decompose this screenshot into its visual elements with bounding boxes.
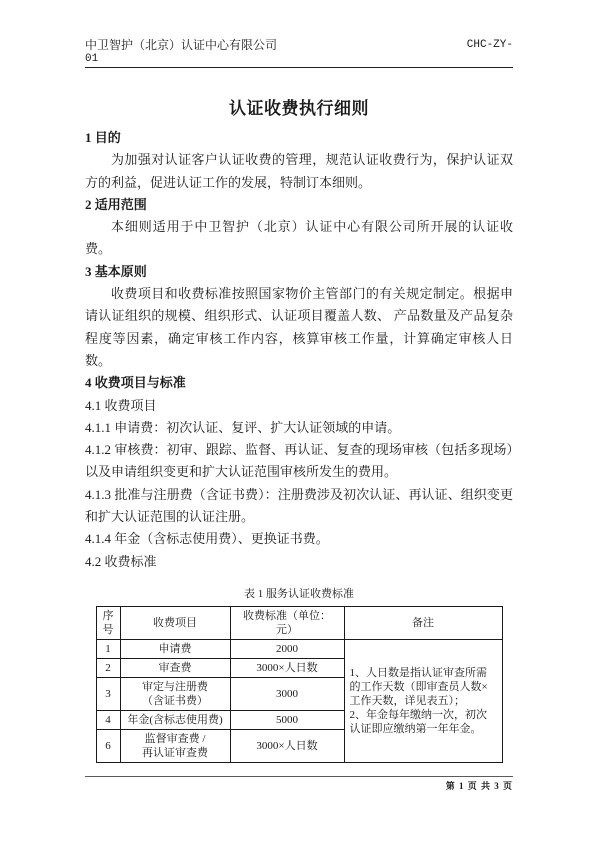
col-header-item: 收费项目 <box>120 606 230 639</box>
clause-audit-fee: 4.1.2 审核费：初审、跟踪、监督、再认证、复查的现场审核（包括多现场）以及申… <box>85 439 513 484</box>
table-caption: 表 1 服务认证收费标准 <box>85 585 513 601</box>
doc-code-continuation: 01 <box>85 52 513 66</box>
section-heading-fees: 4 收费项目与标准 <box>85 372 513 394</box>
header-row: 中卫智护（北京）认证中心有限公司 CHC-ZY- <box>85 38 513 52</box>
page-footer: 第 1 页 共 3 页 <box>85 776 513 792</box>
clause-application-fee: 4.1.1 申请费：初次认证、复评、扩大认证领域的申请。 <box>85 417 513 439</box>
col-header-standard: 收费标准（单位： 元） <box>230 606 344 639</box>
cell-number: 6 <box>96 729 120 762</box>
cell-fee: 2000 <box>230 639 344 658</box>
cell-item: 申请费 <box>120 639 230 658</box>
cell-item: 审定与注册费 （含证书费） <box>120 677 230 710</box>
cell-number: 4 <box>96 710 120 729</box>
cell-remark: 1、人日数是指认证审查所需的工作天数（即审查员人数×工作天数，详见表五）； 2、… <box>344 639 502 762</box>
fee-table: 序 号 收费项目 收费标准（单位： 元） 备注 1 申请费 2000 1、人日数… <box>96 606 503 763</box>
cell-item: 监督审查费 / 再认证审查费 <box>120 729 230 762</box>
cell-fee: 3000 <box>230 677 344 710</box>
document-title: 认证收费执行细则 <box>85 94 513 119</box>
document-page: 中卫智护（北京）认证中心有限公司 CHC-ZY- 01 认证收费执行细则 1 目… <box>0 0 595 842</box>
paragraph-principles: 收费项目和收费标准按照国家物价主管部门的有关规定制定。根据申请认证组织的规模、组… <box>85 283 513 372</box>
section-heading-purpose: 1 目的 <box>85 127 513 149</box>
col-header-remark: 备注 <box>344 606 502 639</box>
cell-number: 2 <box>96 658 120 677</box>
cell-fee: 3000×人日数 <box>230 729 344 762</box>
cell-item: 年金(含标志使用费) <box>120 710 230 729</box>
col-header-number: 序 号 <box>96 606 120 639</box>
cell-item: 审查费 <box>120 658 230 677</box>
table-header-row: 序 号 收费项目 收费标准（单位： 元） 备注 <box>96 606 502 639</box>
subsection-fee-items: 4.1 收费项目 <box>85 395 513 417</box>
paragraph-scope: 本细则适用于中卫智护（北京）认证中心有限公司所开展的认证收费。 <box>85 216 513 261</box>
clause-registration-fee: 4.1.3 批准与注册费（含证书费）：注册费涉及初次认证、再认证、组织变更和扩大… <box>85 484 513 529</box>
page-header: 中卫智护（北京）认证中心有限公司 CHC-ZY- 01 <box>85 38 513 68</box>
cell-fee: 3000×人日数 <box>230 658 344 677</box>
section-heading-scope: 2 适用范围 <box>85 194 513 216</box>
paragraph-purpose: 为加强对认证客户认证收费的管理，规范认证收费行为，保护认证双方的利益，促进认证工… <box>85 149 513 194</box>
doc-code: CHC-ZY- <box>467 38 513 52</box>
page-number: 第 1 页 共 3 页 <box>85 777 513 792</box>
document-body: 1 目的 为加强对认证客户认证收费的管理，规范认证收费行为，保护认证双方的利益，… <box>85 127 513 573</box>
table-row: 1 申请费 2000 1、人日数是指认证审查所需的工作天数（即审查员人数×工作天… <box>96 639 502 658</box>
subsection-fee-standards: 4.2 收费标准 <box>85 551 513 573</box>
cell-number: 1 <box>96 639 120 658</box>
company-name: 中卫智护（北京）认证中心有限公司 <box>85 38 277 52</box>
cell-number: 3 <box>96 677 120 710</box>
clause-annuity-fee: 4.1.4 年金（含标志使用费）、更换证书费。 <box>85 528 513 550</box>
section-heading-principles: 3 基本原则 <box>85 261 513 283</box>
cell-fee: 5000 <box>230 710 344 729</box>
